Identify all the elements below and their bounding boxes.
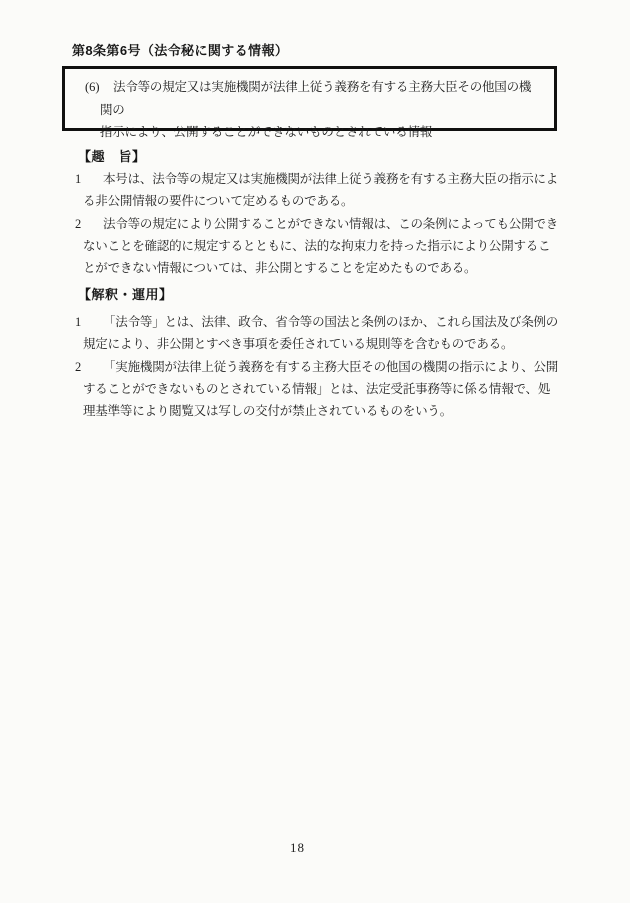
item-number: 1 xyxy=(75,168,103,190)
list-item: 2法令等の規定により公開することができない情報は、この条例によっても公開でき な… xyxy=(75,213,559,280)
section-purpose: 【趣 旨】 1本号は、法令等の規定又は実施機関が法律上従う義務を有する主務大臣の… xyxy=(75,146,559,279)
list-item: 1「法令等」とは、法律、政令、省令等の国法と条例のほか、これら国法及び条例の 規… xyxy=(75,311,559,356)
item-text: 法令等の規定により公開することができない情報は、この条例によっても公開でき ない… xyxy=(83,217,558,276)
item-number: 2 xyxy=(75,356,103,378)
page-number: 18 xyxy=(290,840,305,856)
provision-number: (6) xyxy=(85,76,113,99)
section-interpretation: 【解釈・運用】 1「法令等」とは、法律、政令、省令等の国法と条例のほか、これら国… xyxy=(75,284,559,422)
item-number: 1 xyxy=(75,311,103,333)
provision-item: (6)法令等の規定又は実施機関が法律上従う義務を有する主務大臣その他国の機関の … xyxy=(85,76,542,144)
section-heading-purpose: 【趣 旨】 xyxy=(78,146,559,168)
list-item: 2「実施機関が法律上従う義務を有する主務大臣その他国の機関の指示により、公開 す… xyxy=(75,356,559,423)
item-text: 「法令等」とは、法律、政令、省令等の国法と条例のほか、これら国法及び条例の 規定… xyxy=(83,315,558,351)
document-page: 第8条第6号（法令秘に関する情報） (6)法令等の規定又は実施機関が法律上従う義… xyxy=(0,0,630,903)
item-number: 2 xyxy=(75,213,103,235)
provision-text: 法令等の規定又は実施機関が法律上従う義務を有する主務大臣その他国の機関の 指示に… xyxy=(100,80,531,139)
list-item: 1本号は、法令等の規定又は実施機関が法律上従う義務を有する主務大臣の指示によ る… xyxy=(75,168,559,213)
item-text: 「実施機関が法律上従う義務を有する主務大臣その他国の機関の指示により、公開 する… xyxy=(83,360,558,419)
page-title: 第8条第6号（法令秘に関する情報） xyxy=(72,42,288,60)
section-heading-interpretation: 【解釈・運用】 xyxy=(78,284,559,306)
provision-box: (6)法令等の規定又は実施機関が法律上従う義務を有する主務大臣その他国の機関の … xyxy=(62,66,557,131)
item-text: 本号は、法令等の規定又は実施機関が法律上従う義務を有する主務大臣の指示によ る非… xyxy=(83,172,558,208)
